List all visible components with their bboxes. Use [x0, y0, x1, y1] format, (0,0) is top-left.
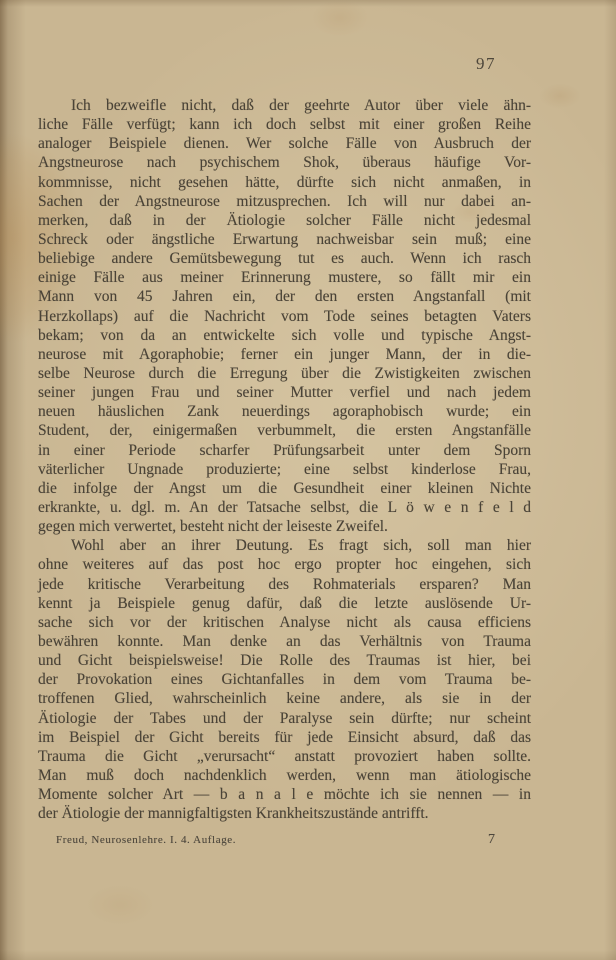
text-line: sache sich vor der kritischen Analyse ni…: [38, 613, 531, 632]
text-line: Wohl aber an ihrer Deutung. Es fragt sic…: [38, 536, 531, 555]
text-line: merken, daß in der Ätiologie solcher Fäl…: [38, 211, 531, 230]
text-line: seiner jungen Frau und seiner Mutter ver…: [38, 383, 531, 402]
text-line: Schreck oder ängstliche Erwartung nachwe…: [38, 230, 531, 249]
text-line: einige Fälle aus meiner Erinnerung muste…: [38, 268, 531, 287]
text-line: gegen mich verwertet, besteht nicht der …: [38, 517, 531, 536]
text-line: in einer Periode scharfer Prüfungsarbeit…: [38, 441, 531, 460]
text-line: kennt ja Beispiele genug dafür, daß die …: [38, 594, 531, 613]
text-line: und Gicht beispielsweise! Die Rolle des …: [38, 651, 531, 670]
text-line: Trauma die Gicht „verursacht“ anstatt pr…: [38, 747, 531, 766]
body-text: Ich bezweifle nicht, daß der geehrte Aut…: [38, 96, 531, 823]
text-line: im Beispiel der Gicht bereits für jede E…: [38, 728, 531, 747]
text-line: Ätiologie der Tabes und der Paralyse sei…: [38, 709, 531, 728]
footer-signature: Freud, Neurosenlehre. I. 4. Auflage.: [56, 834, 236, 846]
text-line: bekam; von da an entwickelte sich volle …: [38, 326, 531, 345]
book-page-scan: 97 Ich bezweifle nicht, daß der geehrte …: [0, 0, 616, 960]
footer-sheet-number: 7: [488, 832, 495, 848]
text-line: beliebige andere Gemütsbewegung tut es a…: [38, 249, 531, 268]
text-line: Momente solcher Art — b a n a l e möchte…: [38, 785, 531, 804]
text-line: Mann von 45 Jahren ein, der den ersten A…: [38, 287, 531, 306]
text-line: Ich bezweifle nicht, daß der geehrte Aut…: [38, 96, 531, 115]
text-line: Angstneurose nach psychischem Shok, über…: [38, 153, 531, 172]
text-line: Student, der, einigermaßen verbummelt, d…: [38, 421, 531, 440]
text-line: selbe Neurose durch die Erregung über di…: [38, 364, 531, 383]
text-line: der Provokation eines Gichtanfalles in d…: [38, 670, 531, 689]
text-line: väterlicher Ungnade produzierte; eine se…: [38, 460, 531, 479]
text-line: neurose mit Agoraphobie; ferner ein jung…: [38, 345, 531, 364]
paragraph: Wohl aber an ihrer Deutung. Es fragt sic…: [38, 536, 531, 823]
text-line: der Ätiologie der mannigfaltigsten Krank…: [38, 804, 531, 823]
text-line: troffenen Glied, wahrscheinlich keine an…: [38, 689, 531, 708]
paragraph: Ich bezweifle nicht, daß der geehrte Aut…: [38, 96, 531, 536]
page-number: 97: [476, 54, 496, 74]
text-line: Sachen der Angstneurose mitzusprechen. I…: [38, 192, 531, 211]
text-line: neuen häuslichen Zank neuerdings agoraph…: [38, 402, 531, 421]
text-line: kommnisse, nicht gesehen hätte, dürfte s…: [38, 173, 531, 192]
text-line: analoger Beispiele dienen. Wer solche Fä…: [38, 134, 531, 153]
text-line: ohne weiteres auf das post hoc ergo prop…: [38, 555, 531, 574]
text-line: erkrankte, u. dgl. m. An der Tatsache se…: [38, 498, 531, 517]
text-line: jede kritische Verarbeitung des Rohmater…: [38, 575, 531, 594]
text-line: Man muß doch nachdenklich werden, wenn m…: [38, 766, 531, 785]
text-line: liche Fälle verfügt; kann ich doch selbs…: [38, 115, 531, 134]
text-line: bewähren konnte. Man denke an das Verhäl…: [38, 632, 531, 651]
text-line: Herzkollaps) auf die Nachricht vom Tode …: [38, 307, 531, 326]
text-line: die infolge der Angst um die Gesundheit …: [38, 479, 531, 498]
page-footer: Freud, Neurosenlehre. I. 4. Auflage. 7: [38, 834, 531, 850]
